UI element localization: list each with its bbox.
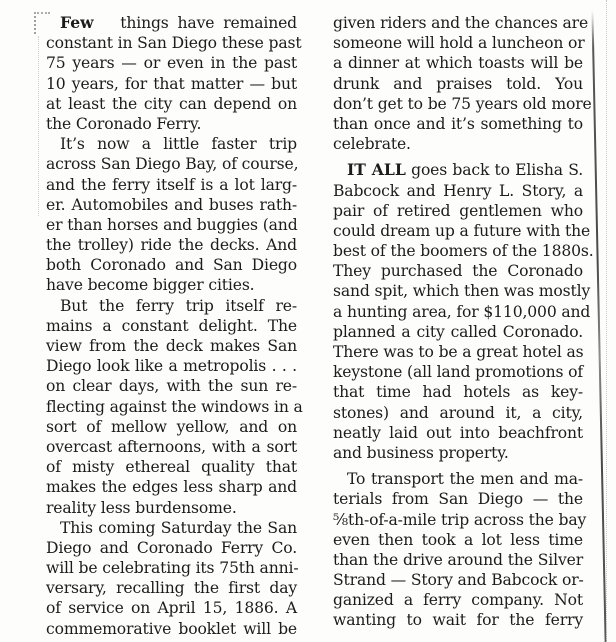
text-line: Strand — Story and Babcock or-	[333, 570, 583, 590]
text-line: versary, recalling the first day	[46, 578, 297, 598]
paragraph: To transport the men and ma- terials fro…	[333, 469, 583, 631]
text-line: have become bigger cities.	[46, 275, 297, 295]
text-line: the Coronado Ferry.	[46, 114, 297, 134]
text-line: Diego look like a metropolis . . .	[46, 356, 297, 376]
text-line: It’s now a little faster trip	[46, 134, 297, 154]
text-line: wanting to wait for the ferry	[333, 610, 583, 630]
text-line: They purchased the Coronado	[333, 261, 583, 281]
text-line: overcast afternoons, with a sort	[46, 437, 297, 457]
paragraph: Few things have remained constant in San…	[46, 13, 297, 134]
paragraph: This coming Saturday the San Diego and C…	[46, 518, 297, 639]
text-line: celebrate.	[333, 134, 583, 154]
text-line: er. Automobiles and buses rath-	[46, 195, 297, 215]
text-line: across San Diego Bay, of course,	[46, 154, 297, 174]
text-line: don’t get to be 75 years old more	[333, 94, 583, 114]
text-line: stones) and around it, a city,	[333, 403, 583, 423]
text-line: To transport the men and ma-	[333, 469, 583, 489]
text-line: flecting against the windows in a	[46, 397, 297, 417]
text-line: a dinner at which toasts will be	[333, 53, 583, 73]
text-line: IT ALL goes back to Elisha S.	[333, 160, 583, 180]
text-line: drunk and praises told. You	[333, 74, 583, 94]
text-line: someone will hold a luncheon or	[333, 33, 583, 53]
text-line: the trolley) ride the decks. And	[46, 235, 297, 255]
text-line: best of the boomers of the 1880s.	[333, 241, 583, 261]
text-line: on clear days, with the sun re-	[46, 376, 297, 396]
text-line: There was to be a great hotel as	[333, 342, 583, 362]
text-line: Diego and Coronado Ferry Co.	[46, 538, 297, 558]
paragraph: It’s now a little faster trip across San…	[46, 134, 297, 296]
paragraph-lead-word: Few	[60, 13, 94, 32]
text-line: at least the city can depend on	[46, 94, 297, 114]
text-line: of misty ethereal quality that	[46, 457, 297, 477]
text-line: mains a constant delight. The	[46, 316, 297, 336]
text-line: Few things have remained	[46, 13, 297, 33]
text-line: given riders and the chances are	[333, 13, 583, 33]
scan-edge-dots-right	[606, 0, 608, 642]
text-line: planned a city called Coronado.	[333, 322, 583, 342]
paragraph: given riders and the chances are someone…	[333, 13, 583, 154]
text-line: than the drive around the Silver	[333, 550, 583, 570]
text-line: could dream up a future with the	[333, 221, 583, 241]
text-line: 10 years, for that matter — but	[46, 74, 297, 94]
text-line: a hunting area, for $110,000 and	[333, 302, 583, 322]
text-line: constant in San Diego these past	[46, 33, 297, 53]
column-rule-line	[591, 10, 606, 642]
text-line: ganized a ferry company. Not	[333, 590, 583, 610]
text-line: even then took a lot less time	[333, 530, 583, 550]
paragraph-lead-word: IT ALL	[347, 160, 406, 179]
text-line: commemorative booklet will be	[46, 619, 297, 639]
paragraph: But the ferry trip itself re- mains a co…	[46, 296, 297, 518]
text-line: er than horses and buggies (and	[46, 215, 297, 235]
article-column-left: Few things have remained constant in San…	[46, 13, 297, 639]
text-line: neatly laid out into beachfront	[333, 423, 583, 443]
scan-edge-dots-left	[38, 36, 40, 216]
article-column-right: given riders and the chances are someone…	[333, 13, 583, 631]
text-line: pair of retired gentlemen who	[333, 201, 583, 221]
text-line: This coming Saturday the San	[46, 518, 297, 538]
text-line: reality less burdensome.	[46, 498, 297, 518]
text-line: and business property.	[333, 443, 583, 463]
newspaper-clipping: Few things have remained constant in San…	[0, 0, 616, 642]
paragraph: IT ALL goes back to Elisha S. Babcock an…	[333, 160, 583, 463]
text-line: that time had hotels as key-	[333, 382, 583, 402]
text-line: and the ferry itself is a lot larg-	[46, 175, 297, 195]
text-line: sort of mellow yellow, and on	[46, 417, 297, 437]
text-line: will be celebrating its 75th anni-	[46, 558, 297, 578]
text-line: makes the edges less sharp and	[46, 477, 297, 497]
text-line: of service on April 15, 1886. A	[46, 598, 297, 618]
text-line: 75 years — or even in the past	[46, 53, 297, 73]
text-line: keystone (all land promotions of	[333, 362, 583, 382]
text-line: Babcock and Henry L. Story, a	[333, 181, 583, 201]
text-line: ⅝th-of-a-mile trip across the bay	[333, 510, 583, 530]
text-line: terials from San Diego — the	[333, 489, 583, 509]
text-line: than once and it’s something to	[333, 114, 583, 134]
text-line: view from the deck makes San	[46, 336, 297, 356]
text-line: both Coronado and San Diego	[46, 255, 297, 275]
text-line: sand spit, which then was mostly	[333, 281, 583, 301]
text-line: But the ferry trip itself re-	[46, 296, 297, 316]
